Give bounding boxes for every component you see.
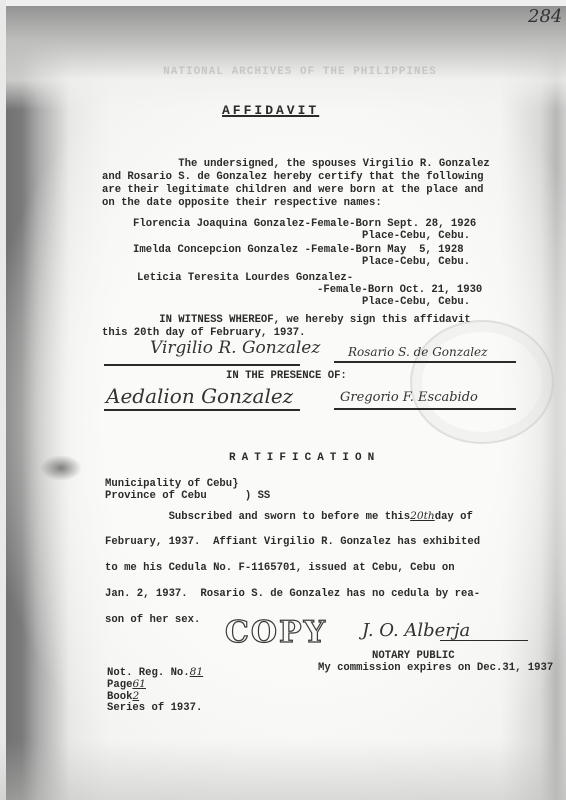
commission-expiry: My commission expires on Dec.31, 1937: [318, 662, 553, 675]
embossed-seal: [410, 320, 554, 444]
child-place-line: Place-Cebu, Cebu.: [362, 230, 470, 243]
document-title: AFFIDAVIT: [222, 103, 319, 118]
witness-clause-line: IN WITNESS WHEREOF, we hereby sign this …: [102, 314, 471, 327]
signature-line: [440, 640, 528, 641]
signature-witness-2: Gregorio F. Escabido: [340, 390, 478, 405]
scan-shadow-bottom: [0, 740, 566, 800]
sworn-line: Subscribed and sworn to before me this20…: [105, 510, 473, 524]
copy-stamp: COPY: [225, 615, 327, 650]
venue-province: Province of Cebu ) SS: [105, 490, 270, 503]
signature-line: [334, 408, 516, 410]
sworn-prefix: Subscribed and sworn to before me this: [105, 511, 410, 523]
notary-signature: J. O. Alberja: [362, 620, 470, 641]
ratification-line: to me his Cedula No. F-1165701, issued a…: [105, 562, 455, 575]
register-series: Series of 1937.: [107, 702, 202, 715]
scan-border-left: [0, 0, 6, 800]
scan-shadow-top: [0, 0, 566, 110]
handwritten-page-number: 284: [528, 6, 562, 27]
signature-affiant-1: Virgilio R. Gonzalez: [150, 338, 320, 358]
ink-smudge: [40, 455, 82, 481]
ratification-line: Jan. 2, 1937. Rosario S. de Gonzalez has…: [105, 588, 480, 601]
register-book-value: 2: [132, 690, 139, 702]
signature-line: [334, 361, 516, 363]
child-place-line: Place-Cebu, Cebu.: [362, 296, 470, 309]
intro-line: on the date opposite their respective na…: [102, 197, 382, 210]
intro-line: The undersigned, the spouses Virgilio R.…: [102, 158, 490, 171]
ratification-line: February, 1937. Affiant Virgilio R. Gonz…: [105, 536, 480, 549]
presence-label: IN THE PRESENCE OF:: [226, 370, 347, 383]
faded-archive-header: NATIONAL ARCHIVES OF THE PHILIPPINES: [150, 66, 450, 88]
signature-witness-1: Aedalion Gonzalez: [106, 384, 293, 408]
signature-line: [104, 364, 300, 366]
signature-affiant-2: Rosario S. de Gonzalez: [348, 345, 487, 359]
sworn-suffix: day of: [435, 511, 473, 523]
child-place-line: Place-Cebu, Cebu.: [362, 256, 470, 269]
ratification-title: RATIFICATION: [229, 452, 380, 465]
intro-line: and Rosario S. de Gonzalez hereby certif…: [102, 171, 483, 184]
register-no-value: 81: [190, 666, 203, 678]
scan-border-top: [0, 0, 566, 6]
ratification-line: son of her sex.: [105, 614, 200, 627]
signature-line: [104, 409, 300, 411]
intro-line: are their legitimate children and were b…: [102, 184, 483, 197]
register-page-value: 61: [132, 678, 145, 690]
sworn-day-handwritten: 20th: [410, 510, 435, 522]
